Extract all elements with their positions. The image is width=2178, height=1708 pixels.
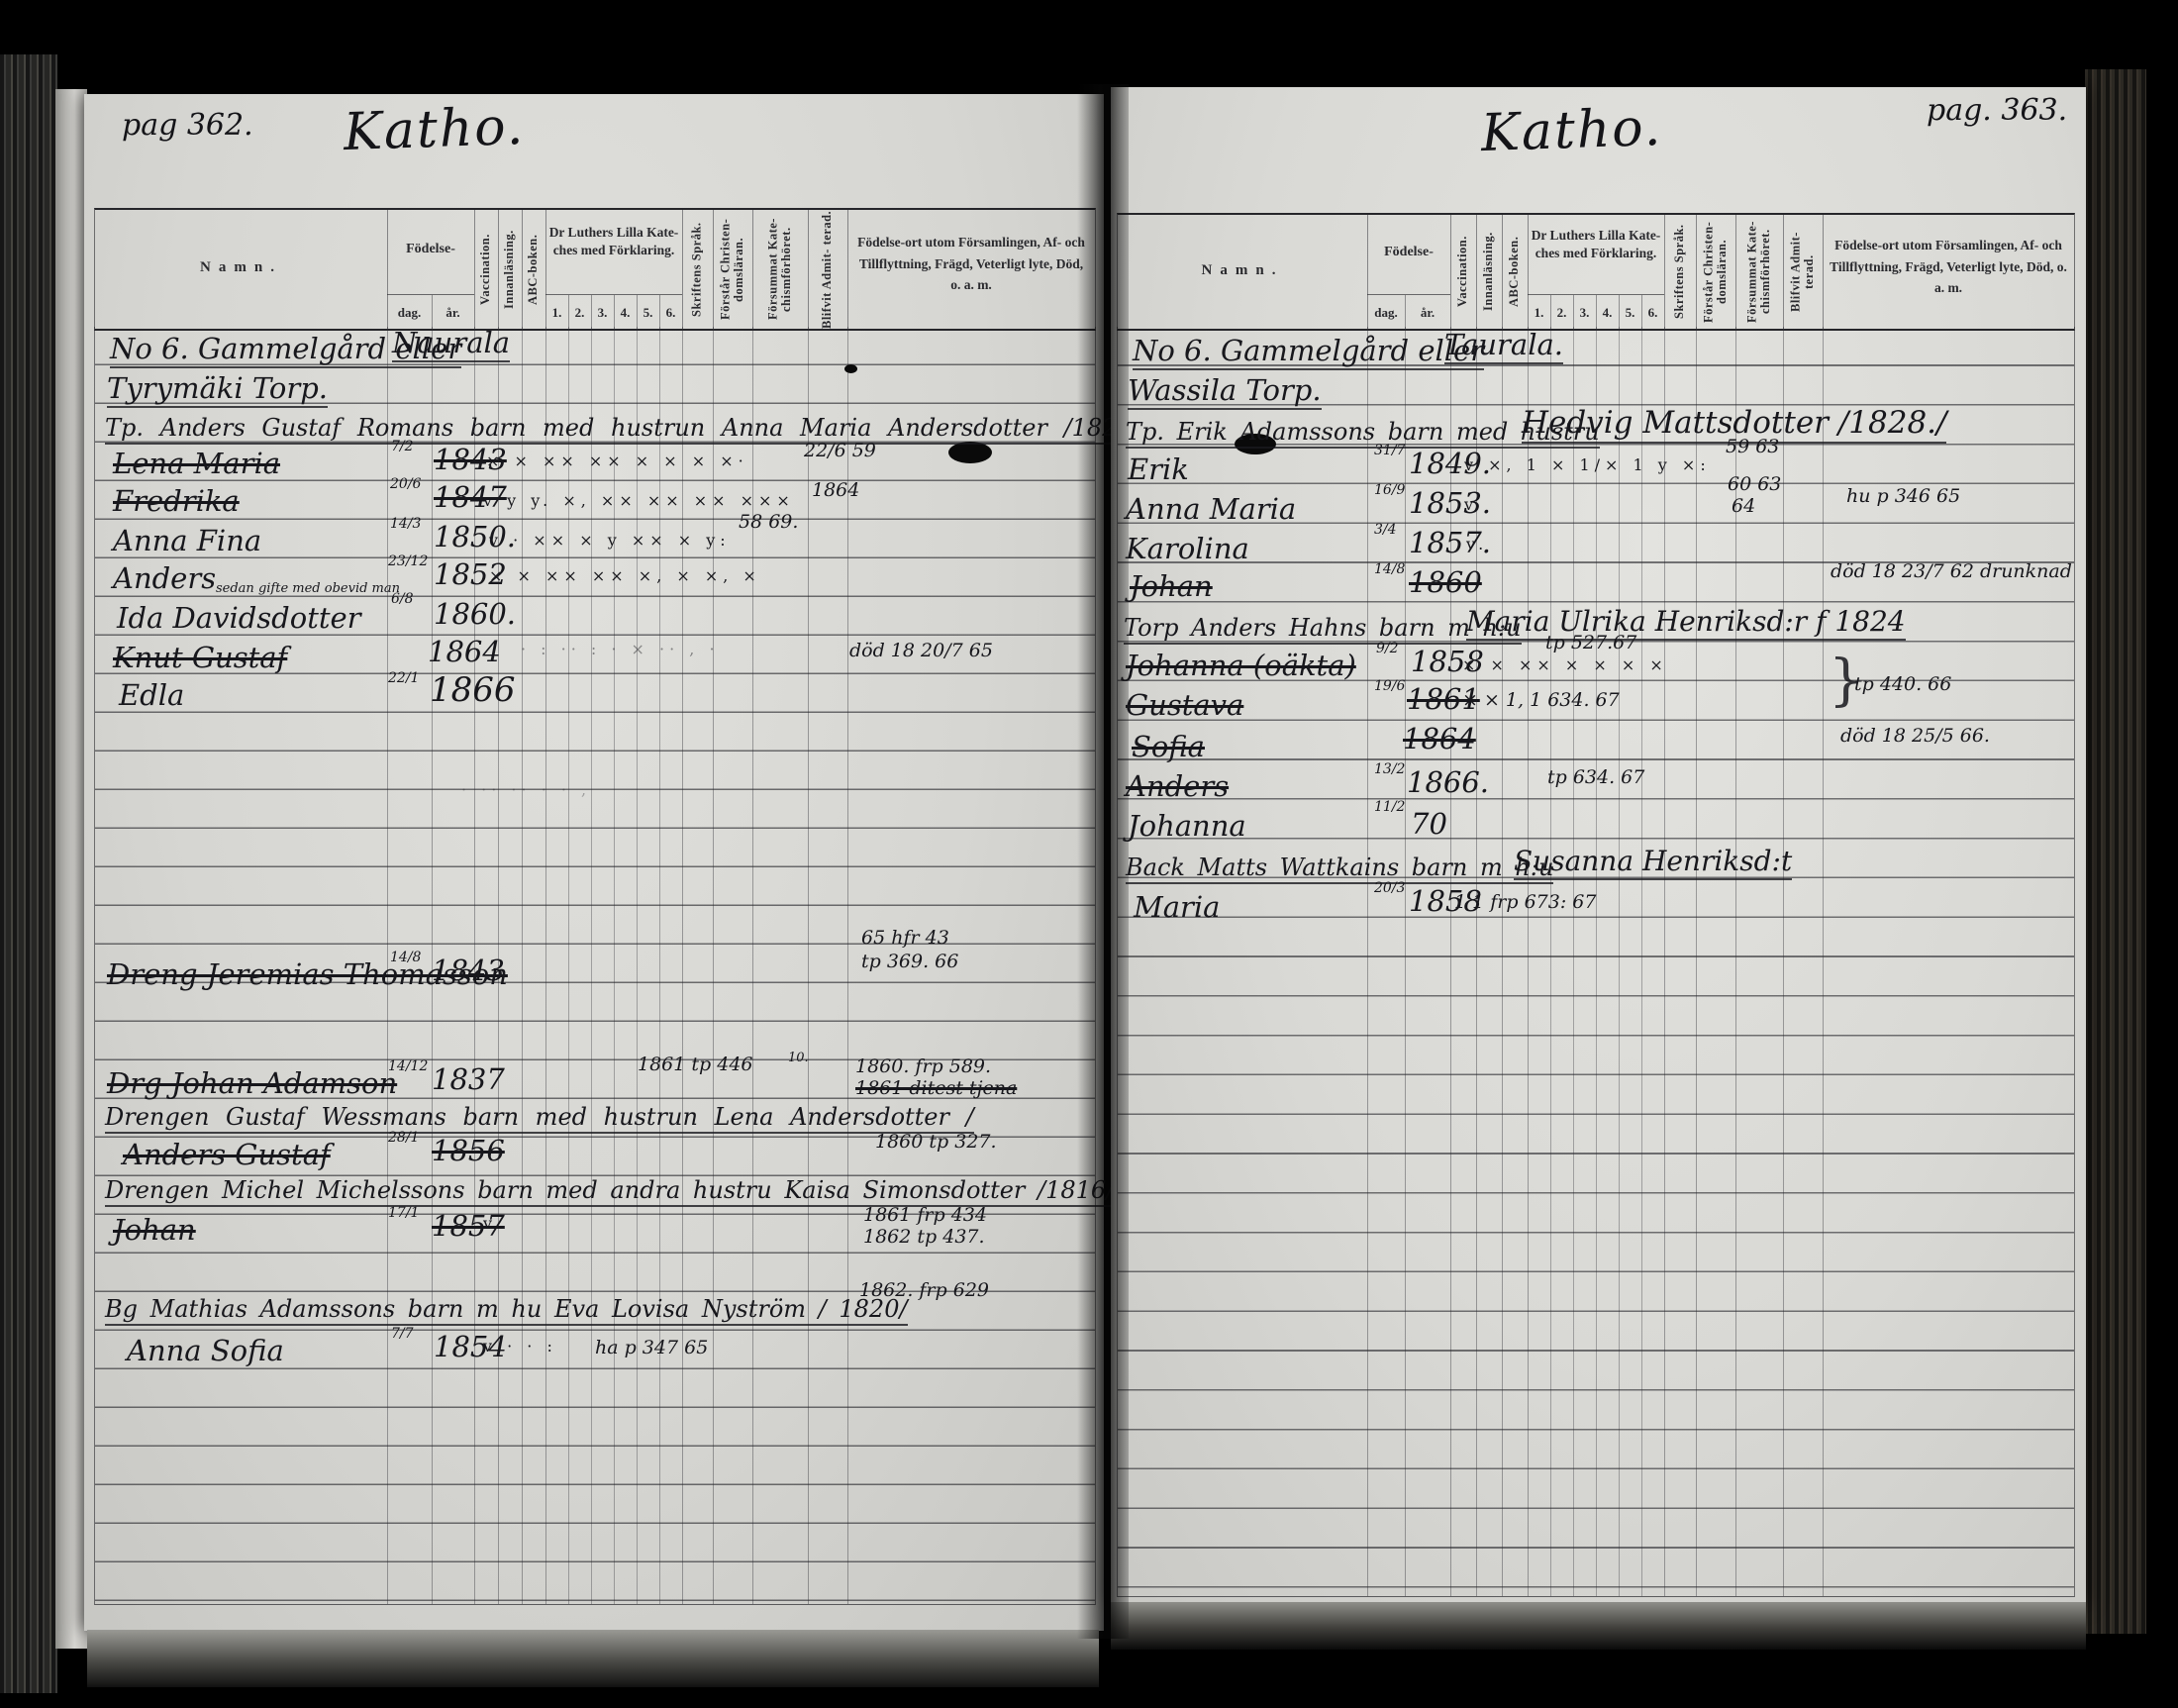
entry-name: Anna Sofia <box>127 1337 284 1365</box>
remark-note: 1862. frp 629 <box>859 1281 989 1300</box>
entry-name: Bg Mathias Adamssons barn m hu Eva Lovis… <box>105 1297 908 1326</box>
birth-day: 14/8 <box>1374 562 1405 576</box>
page-edge-strip <box>55 89 87 1649</box>
column-anmarkningar: Födelse-ort utom Församlingen, Af- och T… <box>853 232 1089 296</box>
birth-year: 1866. <box>1407 768 1489 797</box>
birth-day: 31/7 <box>1374 444 1405 457</box>
page-number: pag 362. <box>122 108 253 143</box>
remark-note: 1861 frp 434 <box>863 1206 987 1225</box>
catechism-marks: v <box>1464 497 1478 513</box>
birth-day: 7/2 <box>391 440 414 453</box>
entry-name: Tyrymäki Torp. <box>107 374 328 408</box>
remark-note: död 18 23/7 62 drunknad <box>1831 562 2072 581</box>
entry-name: Anna Maria <box>1126 495 1296 524</box>
spouse-name: Susanna Henriksd:t <box>1514 848 1792 880</box>
bottom-page-edges <box>87 1630 1099 1687</box>
column-skriftens-sprak: Skriftens Språk. <box>682 210 713 329</box>
entry-name: Anders <box>1126 772 1229 801</box>
column-kateches: Dr Luthers Lilla Kate- ches med Förklari… <box>1530 227 1662 261</box>
entry-name: Ida Davidsdotter <box>117 604 361 633</box>
entry-name: Lena Maria <box>113 450 280 478</box>
entry-name: Johanna (oäkta) <box>1126 652 1356 680</box>
birth-day: 13/2 <box>1374 762 1405 776</box>
birth-year: 1856 <box>432 1137 505 1165</box>
catechism-marks: v <box>483 1216 497 1232</box>
table-header: Namn. Födelse- dag. år. Vaccination. Inn… <box>94 208 1096 331</box>
catechism-marks: 1 1 frp 673: 67 <box>1454 893 1596 912</box>
entry-name: Anna Fina <box>113 527 261 555</box>
column-note: 58 69. <box>739 513 798 532</box>
ink-blot <box>844 364 857 373</box>
ruled-entries-area: No 6. Gammelgård ellerTaurala.Wassila To… <box>1117 327 2075 1597</box>
birth-day: 19/6 <box>1374 679 1405 693</box>
column-forstar: Förstår Christen- domsläran. <box>713 210 752 329</box>
birth-day: 6/8 <box>391 592 414 606</box>
birth-year: 70 <box>1411 810 1447 839</box>
birth-day: 14/3 <box>390 517 421 531</box>
birth-year: 1864 <box>428 638 501 666</box>
catechism-marks: v ×, 1 × 1/× 1 y ×: <box>1464 457 1711 473</box>
header-subgrid <box>387 295 682 329</box>
catechism-marks: tp 634. 67 <box>1547 768 1644 787</box>
remark-note: 1862 tp 437. <box>863 1228 985 1247</box>
catechism-marks: 1861 tp 446 <box>638 1055 753 1074</box>
birth-day: 28/1 <box>388 1131 419 1145</box>
catechism-marks: tp 527.67 <box>1545 634 1636 653</box>
birth-day: 22/1 <box>388 671 419 685</box>
birth-year: 1853. <box>1409 489 1491 518</box>
entry-name: Johan <box>113 1216 196 1245</box>
birth-day: 23/12 <box>388 554 428 568</box>
column-forstar: Förstår Christen- domsläran. <box>1696 215 1735 329</box>
page-title: Katho. <box>343 97 526 162</box>
birth-day: 3/4 <box>1374 523 1397 537</box>
remark-note: 1860 tp 327. <box>875 1133 997 1152</box>
remark-note: 1861 ditest tjena <box>855 1079 1017 1098</box>
header-subgrid <box>1367 295 1664 329</box>
entry-name: No 6. Gammelgård eller <box>1133 337 1484 370</box>
entry-name: Drengen Michel Michelssons barn med andr… <box>105 1178 1114 1207</box>
left-page: pag 362. Katho. Namn. Födelse- dag. år. … <box>84 94 1104 1631</box>
entry-name: Fredrika <box>113 487 240 516</box>
entry-name: Anders <box>113 564 216 593</box>
entry-name: Anders Gustaf <box>123 1141 331 1169</box>
birth-day: 20/3 <box>1374 881 1405 895</box>
catechism-marks: × × 1, 1 634. 67 <box>1462 691 1620 710</box>
page-title: Katho. <box>1480 98 1663 163</box>
column-forsummat: Försummat Kate- chismförhöret. <box>752 210 808 329</box>
column-blifvit: Blifvit Admit- terad. <box>1783 215 1823 329</box>
place-name: Taurala. <box>1444 331 1563 364</box>
remark-note: tp 440. 66 <box>1854 675 1951 694</box>
entry-name: Gustava <box>1126 691 1243 720</box>
column-skriftens-sprak: Skriftens Språk. <box>1664 215 1696 329</box>
remark-note: hu p 346 65 <box>1846 487 1960 506</box>
entry-name: Karolina <box>1126 535 1249 563</box>
catechism-marks: v · ×× × y ×× × y: <box>489 533 731 549</box>
catechism-marks: × × ×× ×× ×, × ×, × <box>489 568 761 584</box>
remark-note: död 18 20/7 65 <box>849 642 993 660</box>
catechism-marks: · : ·· : · × ·· , · <box>521 642 720 657</box>
admission-note: 1864 <box>812 481 859 500</box>
column-namn: Namn. <box>95 259 387 276</box>
catechism-marks: × × ×× × × × × <box>1462 657 1668 673</box>
remark-note: 65 hfr 43 <box>861 929 949 948</box>
birth-day: 11/2 <box>1374 800 1405 814</box>
birth-day: 14/8 <box>390 951 421 964</box>
entry-name: Edla <box>119 681 184 710</box>
bottom-page-edges <box>1111 1602 2086 1650</box>
entry-name: Tp. Anders Gustaf Romans barn med hustru… <box>105 416 1147 445</box>
entry-name: Maria <box>1134 893 1220 922</box>
entry-name: Johan <box>1130 572 1213 601</box>
column-fodelse: Födelse- <box>1367 245 1450 260</box>
birth-day: 7/7 <box>391 1327 414 1341</box>
catechism-marks: v y y. ×, ×× ×× ×× ××× <box>483 493 795 509</box>
entry-name: Drengen Gustaf Wessmans barn med hustrun… <box>105 1105 974 1134</box>
table-header: Namn. Födelse- dag. år. Vaccination. Inn… <box>1117 213 2075 331</box>
birth-year: 1860. <box>434 600 516 629</box>
catechism-marks: v · · : <box>483 1339 557 1355</box>
remark-note: tp 369. 66 <box>861 953 958 971</box>
entry-name: Drg Johan Adamson <box>107 1069 397 1098</box>
birth-year: 1837 <box>432 1065 505 1094</box>
column-note: 60 63 <box>1728 475 1781 494</box>
birth-year: 1864 <box>1403 725 1476 754</box>
admission-note: 22/6 59 <box>804 442 876 460</box>
admission-note: ha p 347 65 <box>595 1339 708 1357</box>
remark-note: 1860. frp 589. <box>855 1057 991 1076</box>
entry-name: Torp Anders Hahns barn m h:u <box>1124 616 1522 645</box>
birth-year: 1843 <box>432 956 505 985</box>
birth-year: 1860 <box>1409 568 1482 597</box>
book-gutter-shadow <box>1077 84 1129 1639</box>
column-anmarkningar: Födelse-ort utom Församlingen, Af- och T… <box>1827 235 2070 299</box>
right-page-stack <box>2085 69 2146 1634</box>
ink-blot <box>948 442 992 463</box>
column-note: 59 63 <box>1726 438 1779 456</box>
column-fodelse: Födelse- <box>387 242 474 257</box>
column-note: 64 <box>1732 497 1755 516</box>
column-namn: Namn. <box>1118 262 1367 279</box>
spouse-name: Maria Ulrika Henriksd:r f 1824 <box>1466 608 1906 641</box>
birth-day: 16/9 <box>1374 483 1405 497</box>
birth-day: 14/12 <box>388 1059 428 1073</box>
ruled-entries-area: No 6. Gammelgård ellerNauralaTyrymäki To… <box>94 327 1096 1605</box>
page-number: pag. 363. <box>1927 93 2067 128</box>
marginal-note: sedan gifte med obevid man <box>216 582 400 595</box>
birth-day: 17/1 <box>388 1206 419 1220</box>
catechism-marks: × × ×× ×× × × × ×· <box>486 453 748 469</box>
birth-day: 20/6 <box>390 477 421 491</box>
column-kateches: Dr Luthers Lilla Kate- ches med Förklari… <box>547 224 680 258</box>
remark-note: död 18 25/5 66. <box>1840 727 1990 746</box>
catechism-marks: v. <box>1466 537 1488 553</box>
entry-name: Wassila Torp. <box>1128 376 1322 410</box>
stray-marks: · ·· ·· · · , <box>461 782 591 798</box>
right-page: pag. 363. Katho. Namn. Födelse- dag. år.… <box>1111 87 2086 1604</box>
birth-year: 1866 <box>430 673 516 707</box>
column-forsummat: Försummat Kate- chismförhöret. <box>1735 215 1783 329</box>
birth-day: 9/2 <box>1376 642 1399 655</box>
entry-name: Erik <box>1128 455 1189 484</box>
book-spine-pages <box>0 54 57 1693</box>
entry-name: Back Matts Wattkains barn m h:u <box>1126 855 1553 884</box>
column-blifvit: Blifvit Admit- terad. <box>808 210 847 329</box>
entry-name: Sofia <box>1132 733 1205 761</box>
catechism-marks: 10. <box>788 1052 809 1064</box>
entry-name: Johanna <box>1128 812 1246 841</box>
entry-name: Knut Gustaf <box>113 644 287 672</box>
place-name: Naurala <box>392 329 510 362</box>
